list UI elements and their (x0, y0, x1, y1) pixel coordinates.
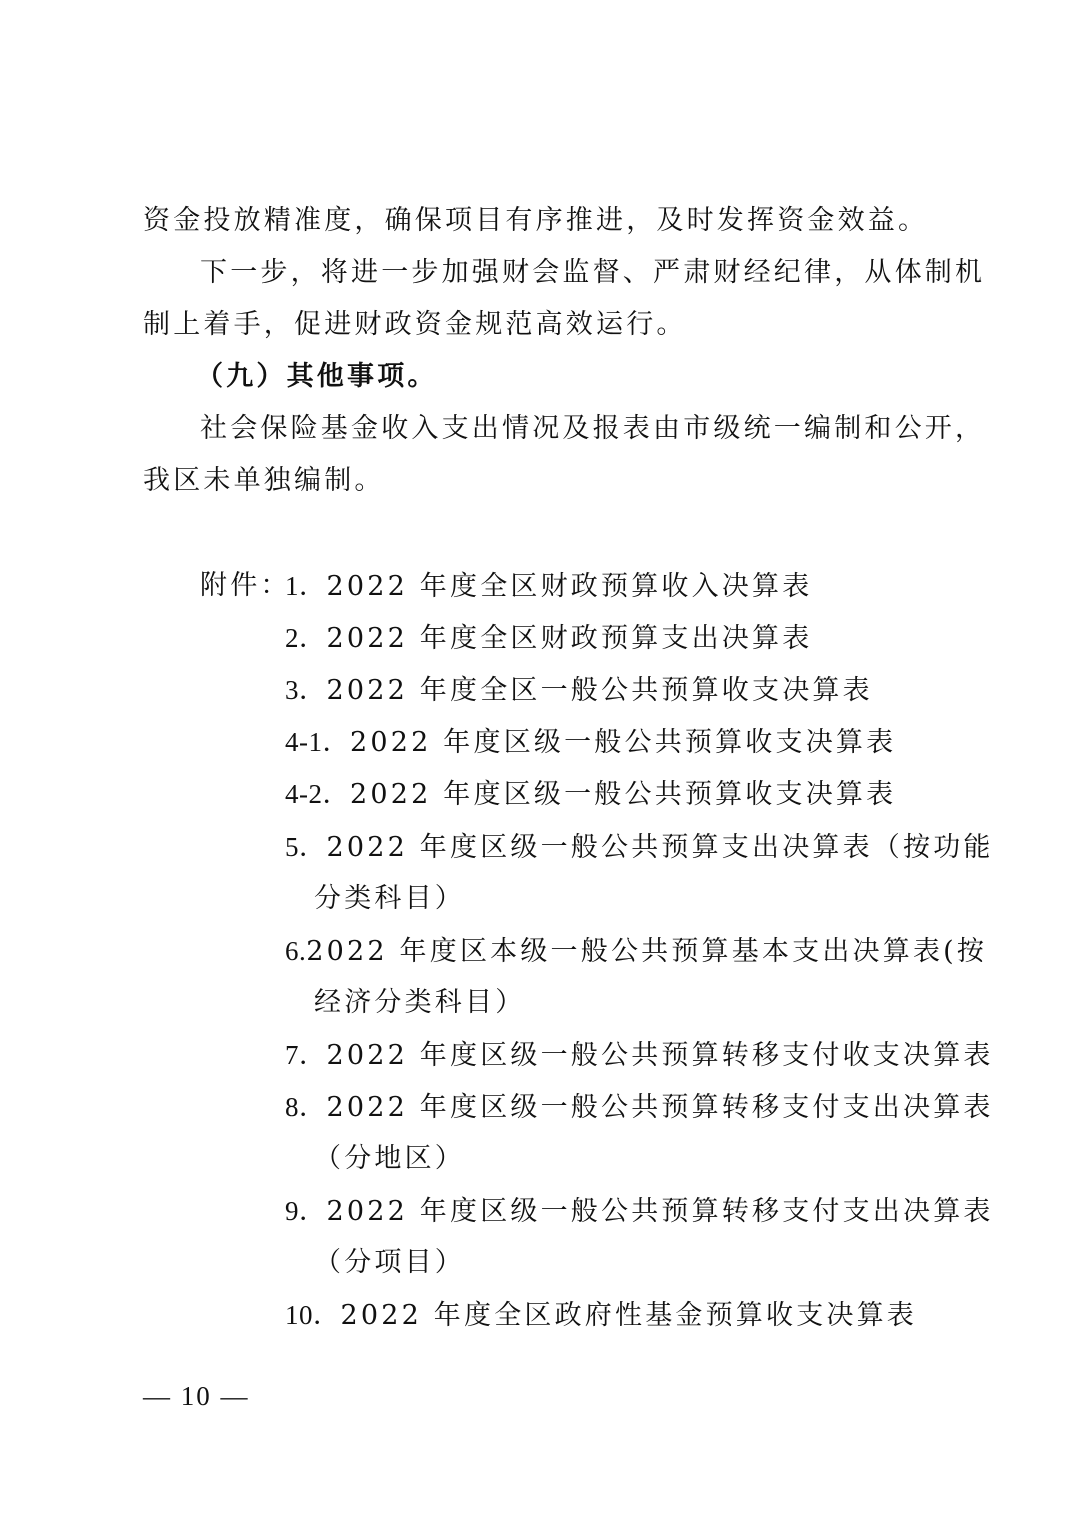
attachment-number: 3． (285, 675, 327, 705)
attachment-number: 4-2． (285, 779, 350, 809)
attachment-continuation: 经济分类科目） (314, 985, 525, 1021)
attachment-number: 6. (285, 936, 306, 966)
attachment-title: 2022 年度区级一般公共预算收支决算表 (350, 727, 896, 758)
attachment-title: 2022 年度全区财政预算支出决算表 (327, 623, 813, 654)
paragraph-line: 资金投放精准度，确保项目有序推进，及时发挥资金效益。 (143, 203, 928, 239)
attachment-number: 7． (285, 1040, 327, 1070)
attachment-title: 2022 年度区级一般公共预算收支决算表 (350, 779, 896, 810)
attachment-title: 2022 年度区级一般公共预算转移支付支出决算表 (327, 1196, 994, 1227)
attachment-title: 2022 年度全区政府性基金预算收支决算表 (341, 1300, 918, 1331)
section-heading: （九）其他事项。 (196, 359, 438, 395)
attachments-label: 附件： (200, 568, 291, 604)
attachment-number: 4-1． (285, 727, 350, 757)
attachment-number: 1． (285, 571, 327, 601)
attachment-continuation: 分类科目） (314, 881, 465, 917)
attachment-item: 6.2022 年度区本级一般公共预算基本支出决算表(按 (285, 933, 987, 970)
attachment-number: 8． (285, 1092, 327, 1122)
attachment-number: 2． (285, 623, 327, 653)
attachment-item: 1．2022 年度全区财政预算收入决算表 (285, 568, 812, 605)
attachment-item: 3．2022 年度全区一般公共预算收支决算表 (285, 672, 873, 709)
attachment-item: 9．2022 年度区级一般公共预算转移支付支出决算表 (285, 1193, 994, 1230)
attachment-item: 8．2022 年度区级一般公共预算转移支付支出决算表 (285, 1089, 994, 1126)
document-page: 资金投放精准度，确保项目有序推进，及时发挥资金效益。 下一步，将进一步加强财会监… (0, 0, 1074, 1520)
attachment-title: 2022 年度区本级一般公共预算基本支出决算表(按 (306, 936, 987, 967)
attachment-number: 9． (285, 1196, 327, 1226)
page-number: — 10 — (143, 1378, 250, 1414)
attachment-item: 2．2022 年度全区财政预算支出决算表 (285, 620, 812, 657)
attachment-title: 2022 年度全区财政预算收入决算表 (327, 571, 813, 602)
paragraph-line: 制上着手，促进财政资金规范高效运行。 (143, 307, 687, 343)
paragraph-line: 社会保险基金收入支出情况及报表由市级统一编制和公开， (200, 411, 985, 447)
attachment-title: 2022 年度区级一般公共预算转移支付支出决算表 (327, 1092, 994, 1123)
attachment-item: 10．2022 年度全区政府性基金预算收支决算表 (285, 1297, 917, 1334)
attachment-title: 2022 年度全区一般公共预算收支决算表 (327, 675, 873, 706)
attachment-title: 2022 年度区级一般公共预算转移支付收支决算表 (327, 1040, 994, 1071)
attachment-item: 4-2．2022 年度区级一般公共预算收支决算表 (285, 776, 896, 813)
attachment-title: 2022 年度区级一般公共预算支出决算表（按功能 (327, 832, 994, 863)
attachment-number: 5． (285, 832, 327, 862)
attachment-continuation: （分项目） (314, 1245, 465, 1281)
attachment-item: 5．2022 年度区级一般公共预算支出决算表（按功能 (285, 829, 994, 866)
attachment-number: 10． (285, 1300, 341, 1330)
attachment-continuation: （分地区） (314, 1141, 465, 1177)
paragraph-line: 我区未单独编制。 (143, 463, 385, 499)
paragraph-line: 下一步，将进一步加强财会监督、严肃财经纪律，从体制机 (200, 255, 985, 291)
attachment-item: 4-1．2022 年度区级一般公共预算收支决算表 (285, 724, 896, 761)
attachment-item: 7．2022 年度区级一般公共预算转移支付收支决算表 (285, 1037, 994, 1074)
